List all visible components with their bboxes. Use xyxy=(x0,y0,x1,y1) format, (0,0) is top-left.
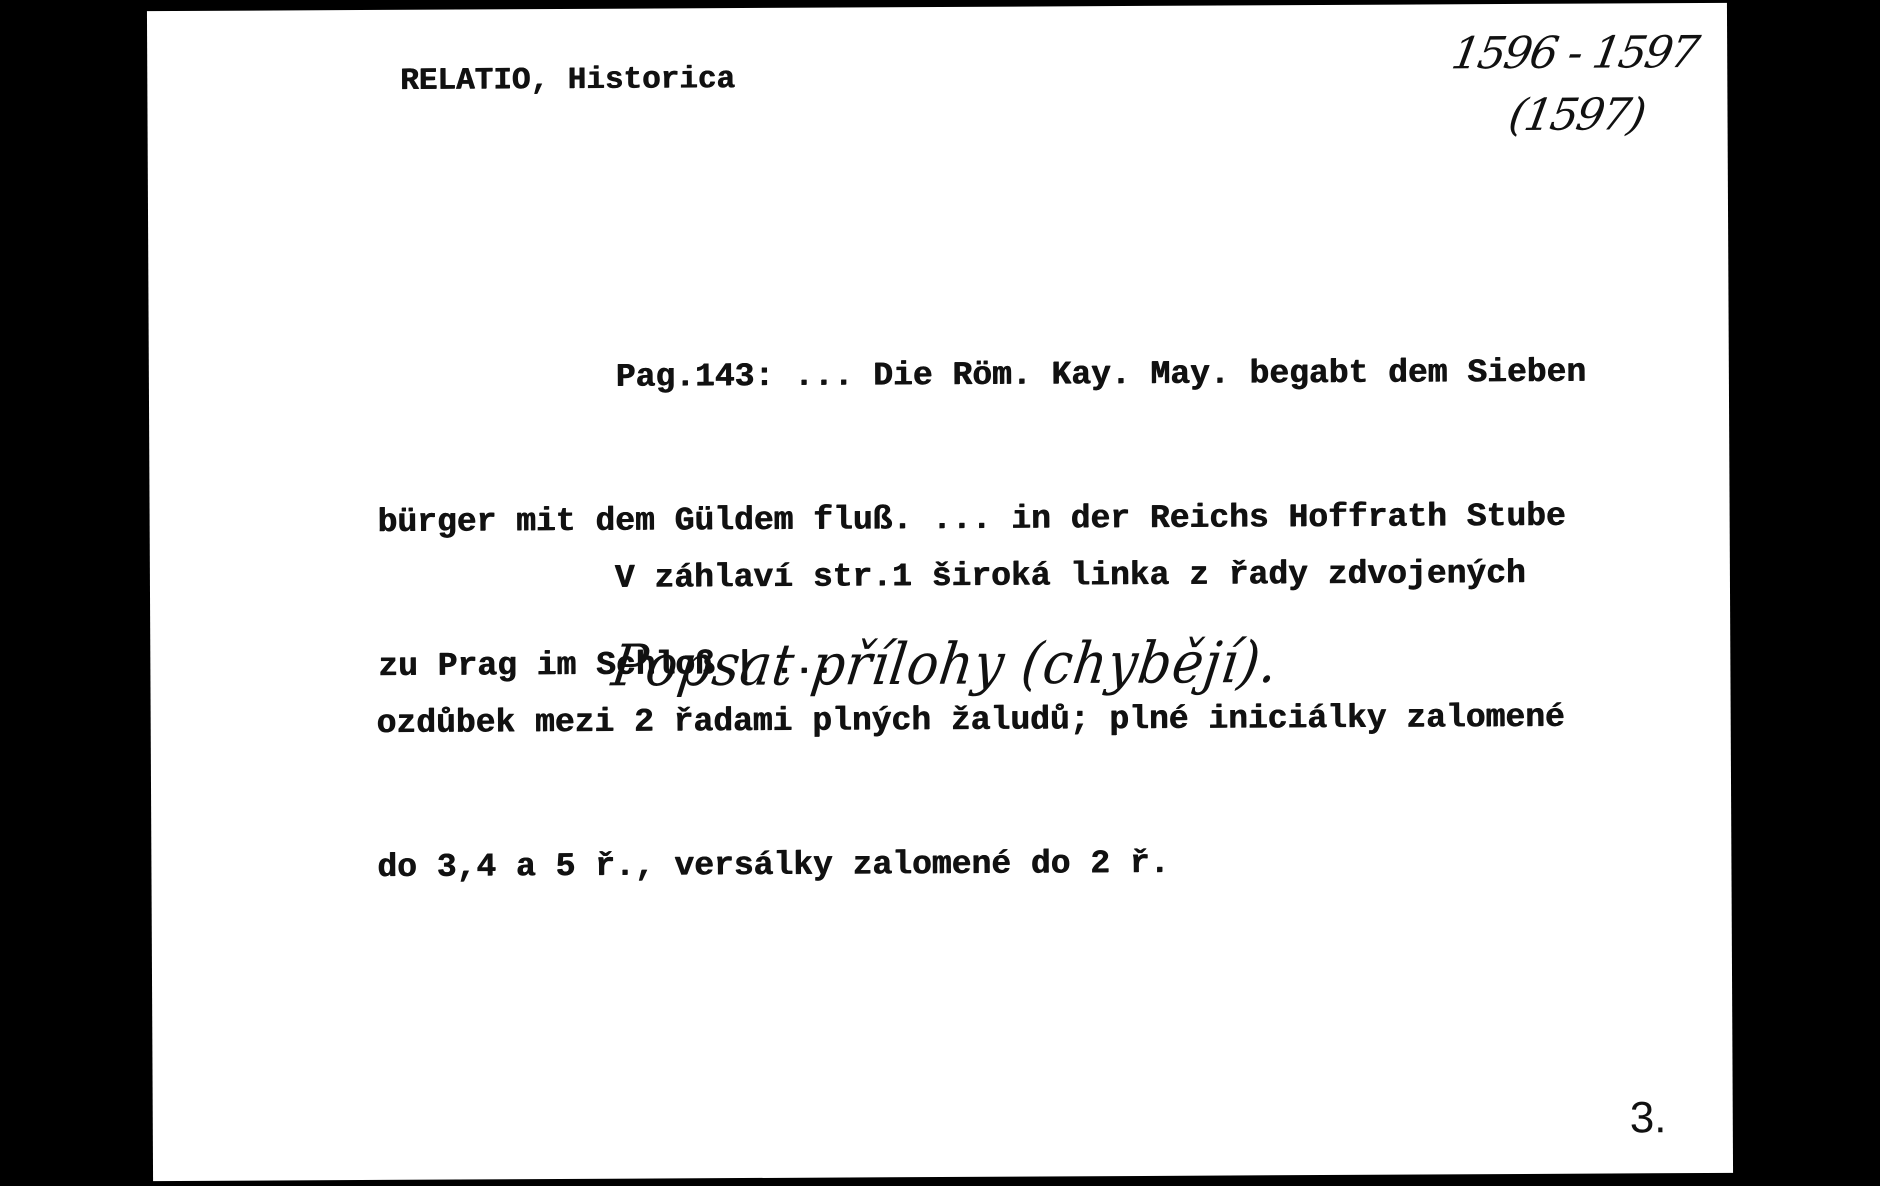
handwritten-note: Popsat přílohy (chybějí). xyxy=(608,630,1283,700)
description-line: do 3,4 a 5 ř., versálky zalomené do 2 ř. xyxy=(377,838,1565,892)
citation-line: Pag.143: ... Die Röm. Kay. May. begabt d… xyxy=(377,349,1587,403)
page-number: 3. xyxy=(1630,1093,1667,1143)
description-line: ozdůbek mezi 2 řadami plných žaludů; pln… xyxy=(377,694,1565,748)
index-card: RELATIO, Historica 1596 - 1597 (1597) Pa… xyxy=(147,3,1733,1181)
handwritten-date-range: 1596 - 1597 xyxy=(1448,27,1702,79)
description-line: V záhlaví str.1 široká linka z řady zdvo… xyxy=(376,550,1564,604)
card-header-title: RELATIO, Historica xyxy=(400,56,735,106)
description-paragraph: V záhlaví str.1 široká linka z řady zdvo… xyxy=(375,454,1566,988)
handwritten-date-alternate: (1597) xyxy=(1505,89,1648,141)
